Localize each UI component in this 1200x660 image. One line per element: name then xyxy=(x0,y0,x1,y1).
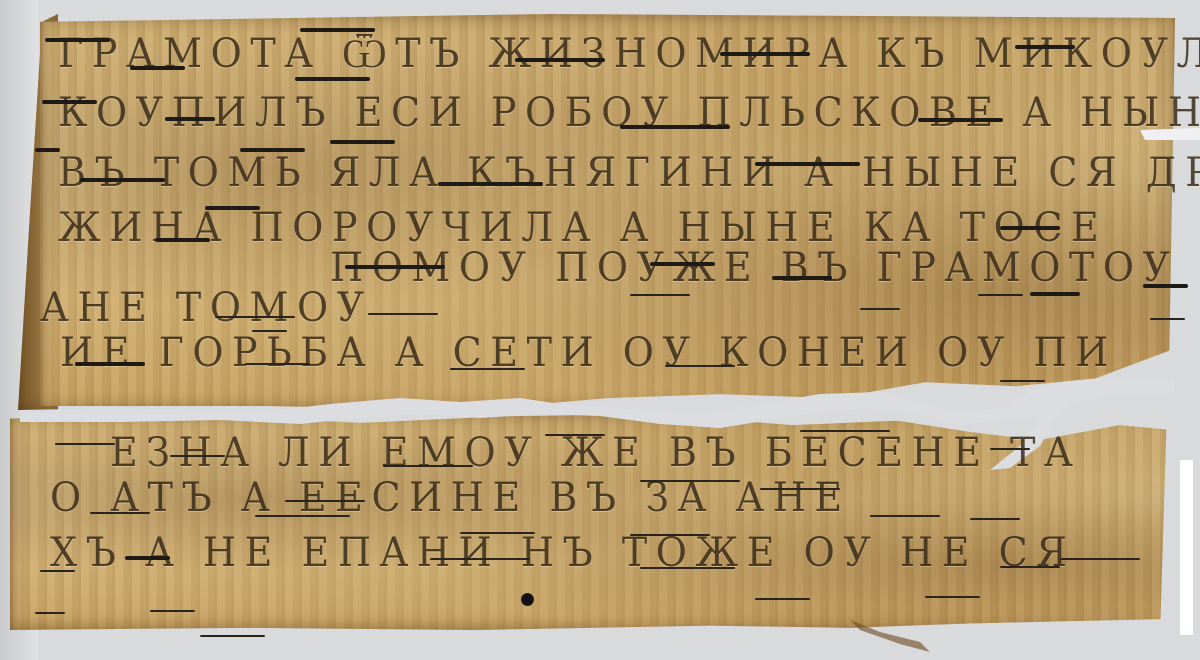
inscription-line: ПОМОУ ПОУЖЕ ВЪ ГРАМОТОУ ЕЛИ xyxy=(330,245,1200,291)
inscription-line: ВЪ ТОМЬ ЯЛА КЪНЯГИНИ А НЫНЕ СЯ ДРОУ xyxy=(58,150,1200,196)
inscription-line: АНЕ ТОМОУ xyxy=(40,285,373,331)
scale-bar xyxy=(1180,460,1193,635)
inscription-line: ХЪ А НЕ ЕПАНИ НЪ ТОЖЕ ОУ НЕ СЯ xyxy=(50,530,1075,576)
bark-hole xyxy=(521,593,534,606)
inscription-line: ГРАМОТА ѾТЪ ЖИЗНОМИРА КЪ МИКОУЛЕ xyxy=(58,30,1200,77)
inscription-line: КОУПИЛЪ ЕСИ РОБОУ ПЛЬСКОВЕ А НЫНЕ МА xyxy=(58,90,1200,136)
inscription-line: ИЕ ГОРЬБА А СЕТИ ОУ КОНЕИ ОУ ПИ xyxy=(60,330,1117,376)
inscription-line: ЕЗНА ЛИ ЕМОУ ЖЕ ВЪ БЕСЕНЕ ТА xyxy=(110,430,1081,476)
